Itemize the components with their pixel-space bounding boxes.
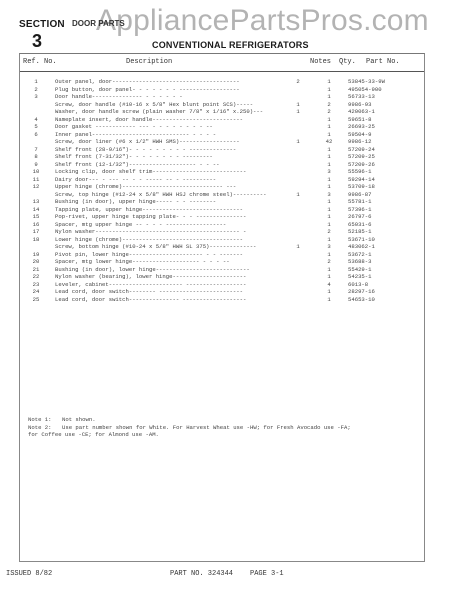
part-number-cell: 57209-25 bbox=[348, 153, 375, 161]
ref-cell: 25 bbox=[30, 296, 42, 304]
description-cell: Shelf front (12-1/32")------------------… bbox=[55, 161, 295, 169]
table-row: 18Lower hinge (chrome)------------------… bbox=[20, 236, 424, 244]
table-row: 23Leveler, cabinet----------------------… bbox=[20, 281, 424, 289]
ref-cell: 12 bbox=[30, 183, 42, 191]
table-row: 10Locking clip, door shelf trim---------… bbox=[20, 168, 424, 176]
part-number-cell: 483062-1 bbox=[348, 243, 375, 251]
part-number-cell: 57209-24 bbox=[348, 146, 375, 154]
description-cell: Spacer, mtg upper hinge -- - - - -------… bbox=[55, 221, 295, 229]
notes-cell: 1 bbox=[292, 243, 304, 251]
qty-cell: 1 bbox=[323, 116, 335, 124]
table-row: 11Dairy door--- - --- -- - - ----- -- - … bbox=[20, 176, 424, 184]
qty-cell: 2 bbox=[323, 258, 335, 266]
qty-cell: 2 bbox=[323, 101, 335, 109]
qty-cell: 1 bbox=[323, 183, 335, 191]
part-number-cell: 53672-1 bbox=[348, 251, 372, 259]
description-cell: Plug button, door panel- - - - - - - ---… bbox=[55, 86, 295, 94]
table-row: 20Spacer, mtg lower hinge---------------… bbox=[20, 258, 424, 266]
part-number-cell: 420063-1 bbox=[348, 108, 375, 116]
table-row: Screw, door handle (#10-16 x 5/8" Hex bl… bbox=[20, 101, 424, 109]
note-continuation: for Coffee use -CE; for Almond use -AM. bbox=[28, 431, 351, 439]
part-number: PART NO. 324344 bbox=[170, 570, 233, 578]
description-cell: Outer panel, door-----------------------… bbox=[55, 78, 295, 86]
description-cell: Screw, door liner (#6 x 1/2" HWH SMS)---… bbox=[55, 138, 295, 146]
table-row: 13Bushing (in door), upper hinge----- - … bbox=[20, 198, 424, 206]
description-cell: Nylon washer----------------------------… bbox=[55, 228, 295, 236]
qty-cell: 3 bbox=[323, 191, 335, 199]
watermark: AppliancePartsPros.com bbox=[96, 4, 429, 38]
col-qty-header: Qty. bbox=[339, 58, 356, 66]
part-number-cell: 55781-1 bbox=[348, 198, 372, 206]
table-row: 7Shelf front (28-9/16")- - - - - - - - -… bbox=[20, 146, 424, 154]
part-number-cell: 9986-87 bbox=[348, 191, 372, 199]
qty-cell: 1 bbox=[323, 146, 335, 154]
part-number-cell: 59651-8 bbox=[348, 116, 372, 124]
qty-cell: 2 bbox=[323, 228, 335, 236]
qty-cell: 1 bbox=[323, 288, 335, 296]
note-label: Note 2: bbox=[28, 424, 62, 432]
section-title: DOOR PARTS bbox=[72, 19, 125, 28]
table-row: 15Pop-rivet, upper hinge tapping plate- … bbox=[20, 213, 424, 221]
note-item: Note 1:Not shown. bbox=[28, 416, 351, 424]
part-number-cell: 55596-1 bbox=[348, 168, 372, 176]
qty-cell: 4 bbox=[323, 281, 335, 289]
part-number-cell: 57396-1 bbox=[348, 206, 372, 214]
col-notes-header: Notes bbox=[310, 58, 331, 66]
page-title: CONVENTIONAL REFRIGERATORS bbox=[152, 40, 309, 50]
qty-cell: 1 bbox=[323, 221, 335, 229]
ref-cell: 13 bbox=[30, 198, 42, 206]
part-number-cell: 59294-14 bbox=[348, 176, 375, 184]
notes-cell: 1 bbox=[292, 138, 304, 146]
description-cell: Bushing (in door), upper hinge----- - - … bbox=[55, 198, 295, 206]
ref-cell: 5 bbox=[30, 123, 42, 131]
ref-cell: 15 bbox=[30, 213, 42, 221]
ref-cell: 3 bbox=[30, 93, 42, 101]
part-number-cell: 54235-1 bbox=[348, 273, 372, 281]
part-number-cell: 53845-33-9W bbox=[348, 78, 385, 86]
ref-cell: 10 bbox=[30, 168, 42, 176]
table-row: 3Door handle--------------- - - - - - -1… bbox=[20, 93, 424, 101]
qty-cell: 42 bbox=[323, 138, 335, 146]
ref-cell: 9 bbox=[30, 161, 42, 169]
description-cell: Door gasket ------------ --- - - - - - -… bbox=[55, 123, 295, 131]
table-row: Screw, bottom hinge (#10-24 x 5/8" HWH S… bbox=[20, 243, 424, 251]
notes-cell: 1 bbox=[292, 101, 304, 109]
table-row: 21Bushing (in door), lower hinge--------… bbox=[20, 266, 424, 274]
col-part-header: Part No. bbox=[366, 58, 400, 66]
description-cell: Pop-rivet, upper hinge tapping plate- - … bbox=[55, 213, 295, 221]
qty-cell: 1 bbox=[323, 213, 335, 221]
notes-cell: 1 bbox=[292, 191, 304, 199]
description-cell: Shelf front (7-31/32")- - - - - - - - --… bbox=[55, 153, 295, 161]
description-cell: Upper hinge (chrome)--------------------… bbox=[55, 183, 295, 191]
section-number: 3 bbox=[32, 31, 42, 52]
description-cell: Spacer, mtg lower hinge-----------------… bbox=[55, 258, 295, 266]
description-cell: Locking clip, door shelf trim-----------… bbox=[55, 168, 295, 176]
description-cell: Screw, door handle (#10-16 x 5/8" Hex bl… bbox=[55, 101, 295, 109]
col-description-header: Description bbox=[126, 58, 172, 66]
parts-table: Ref. No. Description Notes Qty. Part No.… bbox=[19, 53, 425, 562]
part-number-cell: 53709-18 bbox=[348, 183, 375, 191]
ref-cell: 20 bbox=[30, 258, 42, 266]
table-row: 4Nameplate insert, door handle----------… bbox=[20, 116, 424, 124]
ref-cell: 2 bbox=[30, 86, 42, 94]
description-cell: Dairy door--- - --- -- - - ----- -- - --… bbox=[55, 176, 295, 184]
table-header: Ref. No. Description Notes Qty. Part No. bbox=[20, 54, 424, 72]
part-number-cell: 53688-3 bbox=[348, 258, 372, 266]
note-text: Not shown. bbox=[62, 416, 96, 423]
qty-cell: 1 bbox=[323, 273, 335, 281]
description-cell: Leveler, cabinet---------------------- -… bbox=[55, 281, 295, 289]
ref-cell: 4 bbox=[30, 116, 42, 124]
table-row: 2Plug button, door panel- - - - - - - --… bbox=[20, 86, 424, 94]
description-cell: Screw, bottom hinge (#10-24 x 5/8" HWH S… bbox=[55, 243, 295, 251]
qty-cell: 1 bbox=[323, 296, 335, 304]
part-number-cell: 59504-9 bbox=[348, 131, 372, 139]
qty-cell: 1 bbox=[323, 176, 335, 184]
qty-cell: 1 bbox=[323, 93, 335, 101]
table-row: 16Spacer, mtg upper hinge -- - - - -----… bbox=[20, 221, 424, 229]
description-cell: Washer, door handle screw (plain washer … bbox=[55, 108, 295, 116]
ref-cell: 23 bbox=[30, 281, 42, 289]
part-number-cell: 57209-26 bbox=[348, 161, 375, 169]
description-cell: Screw, top hinge (#12-24 x 5/8" HWH HSJ … bbox=[55, 191, 295, 199]
part-number-cell: 65031-6 bbox=[348, 221, 372, 229]
notes-cell: 2 bbox=[292, 78, 304, 86]
section-label: SECTION bbox=[19, 19, 65, 30]
table-row: Washer, door handle screw (plain washer … bbox=[20, 108, 424, 116]
table-row: 24Lead cord, door switch-------- -------… bbox=[20, 288, 424, 296]
ref-cell: 1 bbox=[30, 78, 42, 86]
ref-cell: 7 bbox=[30, 146, 42, 154]
note-text: Use part number shown for White. For Har… bbox=[62, 424, 351, 431]
table-body: 1Outer panel, door----------------------… bbox=[20, 78, 424, 303]
qty-cell: 1 bbox=[323, 161, 335, 169]
table-row: 9Shelf front (12-1/32")-----------------… bbox=[20, 161, 424, 169]
table-row: 22Nylon washer (bearing), lower hinge---… bbox=[20, 273, 424, 281]
part-number-cell: 26693-25 bbox=[348, 123, 375, 131]
description-cell: Pivot pin, lower hinge------------------… bbox=[55, 251, 295, 259]
table-row: 5Door gasket ------------ --- - - - - - … bbox=[20, 123, 424, 131]
ref-cell: 16 bbox=[30, 221, 42, 229]
qty-cell: 1 bbox=[323, 153, 335, 161]
qty-cell: 1 bbox=[323, 266, 335, 274]
qty-cell: 1 bbox=[323, 198, 335, 206]
part-number-cell: 56733-13 bbox=[348, 93, 375, 101]
ref-cell: 18 bbox=[30, 236, 42, 244]
table-row: 14Tapping plate, upper hinge------------… bbox=[20, 206, 424, 214]
description-cell: Lead cord, door switch--------------- --… bbox=[55, 296, 295, 304]
part-number-cell: 54653-10 bbox=[348, 296, 375, 304]
part-number-cell: 9986-12 bbox=[348, 138, 372, 146]
col-ref-header: Ref. No. bbox=[23, 58, 57, 66]
notes-cell: 1 bbox=[292, 108, 304, 116]
note-label: Note 1: bbox=[28, 416, 62, 424]
table-row: 17Nylon washer--------------------------… bbox=[20, 228, 424, 236]
part-number-cell: 26797-6 bbox=[348, 213, 372, 221]
table-row: Screw, top hinge (#12-24 x 5/8" HWH HSJ … bbox=[20, 191, 424, 199]
description-cell: Tapping plate, upper hinge--------------… bbox=[55, 206, 295, 214]
qty-cell: 1 bbox=[323, 206, 335, 214]
table-row: Screw, door liner (#6 x 1/2" HWH SMS)---… bbox=[20, 138, 424, 146]
qty-cell: 1 bbox=[323, 78, 335, 86]
part-number-cell: 9986-93 bbox=[348, 101, 372, 109]
ref-cell: 22 bbox=[30, 273, 42, 281]
description-cell: Nylon washer (bearing), lower hinge-----… bbox=[55, 273, 295, 281]
part-number-cell: 52185-1 bbox=[348, 228, 372, 236]
part-number-cell: 495054-900 bbox=[348, 86, 382, 94]
qty-cell: 3 bbox=[323, 243, 335, 251]
qty-cell: 1 bbox=[323, 251, 335, 259]
page-number: PAGE 3-1 bbox=[250, 570, 284, 578]
part-number-cell: 28297-16 bbox=[348, 288, 375, 296]
table-row: 8Shelf front (7-31/32")- - - - - - - - -… bbox=[20, 153, 424, 161]
ref-cell: 17 bbox=[30, 228, 42, 236]
part-number-cell: 55429-1 bbox=[348, 266, 372, 274]
part-number-cell: 53671-10 bbox=[348, 236, 375, 244]
issued-date: ISSUED 8/82 bbox=[6, 570, 52, 578]
description-cell: Lead cord, door switch-------- ---------… bbox=[55, 288, 295, 296]
ref-cell: 19 bbox=[30, 251, 42, 259]
qty-cell: 2 bbox=[323, 108, 335, 116]
ref-cell: 11 bbox=[30, 176, 42, 184]
table-row: 12Upper hinge (chrome)------------------… bbox=[20, 183, 424, 191]
part-number-cell: 6013-8 bbox=[348, 281, 368, 289]
description-cell: Nameplate insert, door handle-----------… bbox=[55, 116, 295, 124]
ref-cell: 24 bbox=[30, 288, 42, 296]
table-row: 6Inner panel----------------------------… bbox=[20, 131, 424, 139]
ref-cell: 14 bbox=[30, 206, 42, 214]
description-cell: Inner panel-----------------------------… bbox=[55, 131, 295, 139]
ref-cell: 8 bbox=[30, 153, 42, 161]
qty-cell: 1 bbox=[323, 123, 335, 131]
qty-cell: 1 bbox=[323, 86, 335, 94]
table-row: 19Pivot pin, lower hinge----------------… bbox=[20, 251, 424, 259]
qty-cell: 1 bbox=[323, 236, 335, 244]
notes-section: Note 1:Not shown.Note 2:Use part number … bbox=[28, 416, 351, 439]
description-cell: Shelf front (28-9/16")- - - - - - - - - … bbox=[55, 146, 295, 154]
description-cell: Door handle--------------- - - - - - - bbox=[55, 93, 295, 101]
ref-cell: 21 bbox=[30, 266, 42, 274]
ref-cell: 6 bbox=[30, 131, 42, 139]
note-item: Note 2:Use part number shown for White. … bbox=[28, 424, 351, 432]
qty-cell: 1 bbox=[323, 131, 335, 139]
qty-cell: 3 bbox=[323, 168, 335, 176]
description-cell: Lower hinge (chrome)--------------------… bbox=[55, 236, 295, 244]
table-row: 1Outer panel, door----------------------… bbox=[20, 78, 424, 86]
description-cell: Bushing (in door), lower hinge----------… bbox=[55, 266, 295, 274]
table-row: 25Lead cord, door switch--------------- … bbox=[20, 296, 424, 304]
